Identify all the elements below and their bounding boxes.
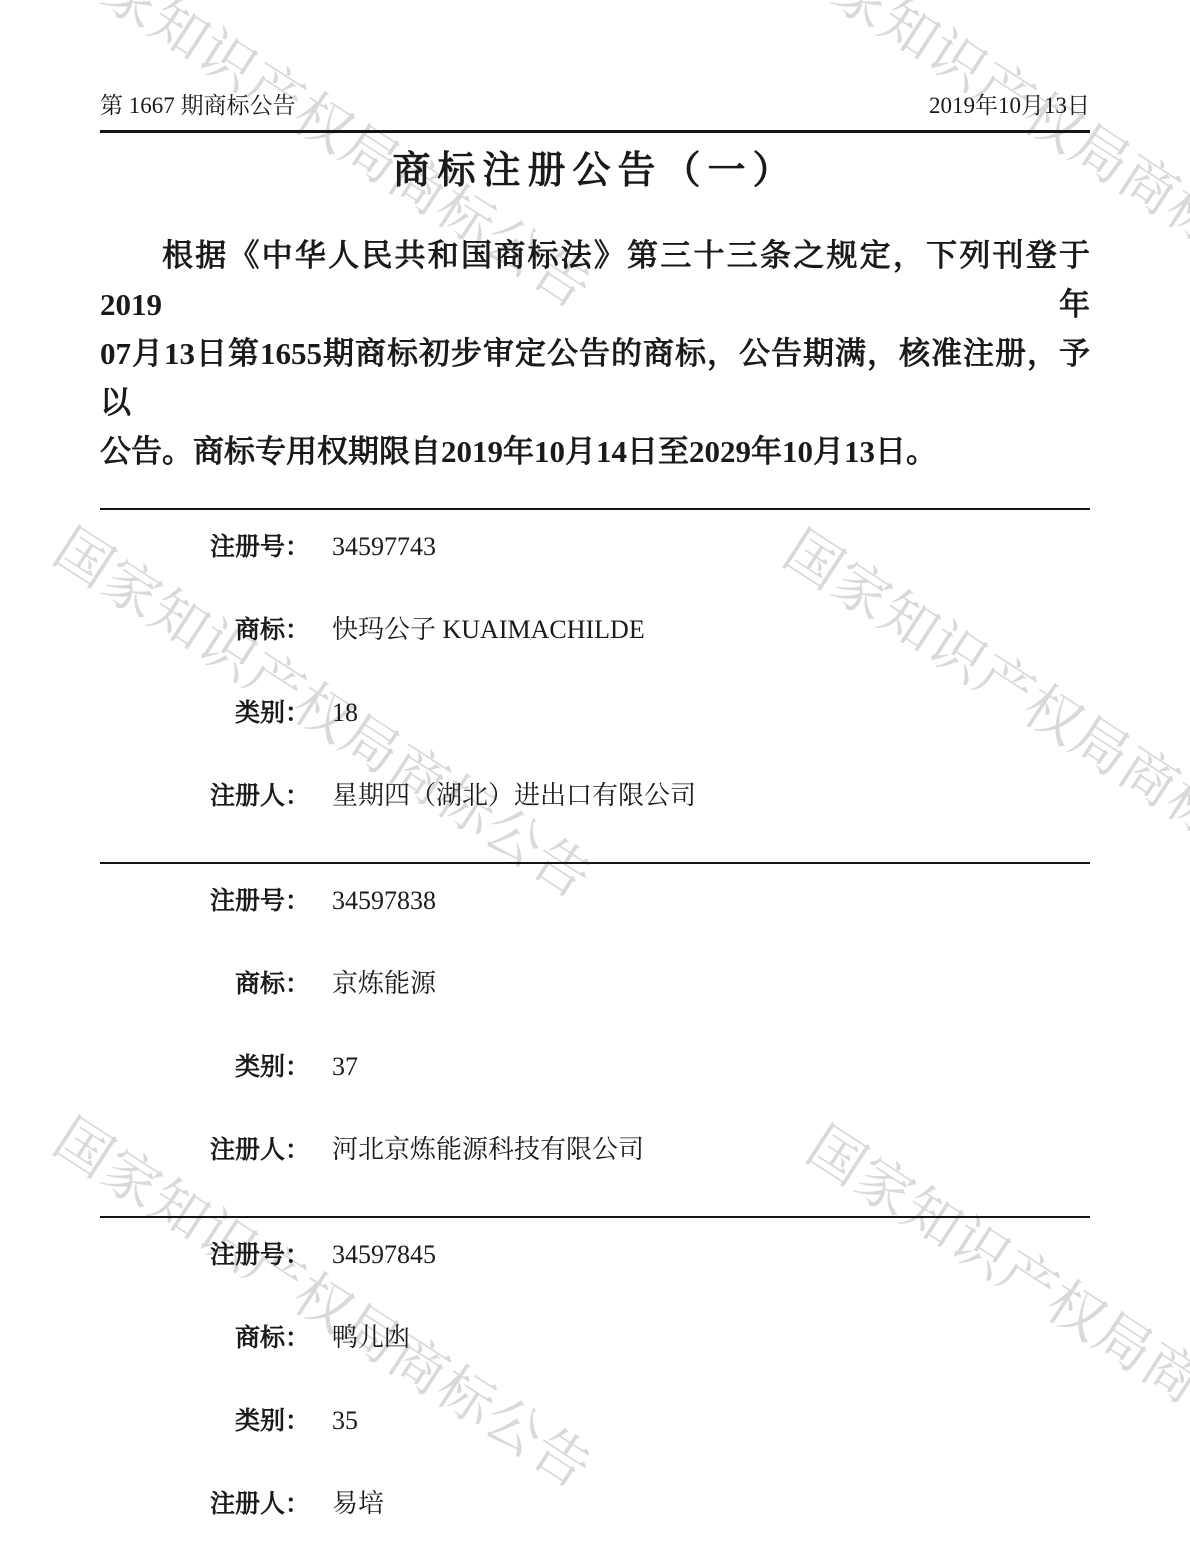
field-value-trademark: 鸭儿凼 (332, 1321, 410, 1355)
field-value-registrant: 河北京炼能源科技有限公司 (332, 1133, 644, 1167)
field-label-registrant: 注册人： (100, 780, 310, 814)
field-label-trademark: 商标： (100, 1322, 310, 1356)
intro-line-1: 根据《中华人民共和国商标法》第三十三条之规定，下列刊登于2019年 (100, 231, 1090, 329)
gazette-date: 2019年10月13日 (929, 90, 1090, 122)
field-value-category: 35 (332, 1404, 358, 1438)
field-row-category: 类别： 35 (100, 1404, 1090, 1439)
field-label-registrant: 注册人： (100, 1488, 310, 1522)
record-1: 注册号： 34597743 商标： 快玛公子 KUAIMACHILDE 类别： … (100, 508, 1090, 814)
field-label-category: 类别： (100, 1051, 310, 1085)
field-value-trademark: 京炼能源 (332, 967, 436, 1001)
field-label-reg-no: 注册号： (100, 885, 310, 919)
header-rule (100, 130, 1090, 133)
field-value-category: 37 (332, 1050, 358, 1084)
field-row-category: 类别： 37 (100, 1050, 1090, 1085)
field-row-reg-no: 注册号： 34597845 (100, 1238, 1090, 1273)
page-header: 第 1667 期商标公告 2019年10月13日 (100, 90, 1090, 122)
intro-paragraph: 根据《中华人民共和国商标法》第三十三条之规定，下列刊登于2019年 07月13日… (100, 231, 1090, 476)
gazette-page: 国家知识产权局商标公告 国家知识产权局商标公告 国家知识产权局商标公告 国家知识… (0, 0, 1190, 1564)
page-content: 第 1667 期商标公告 2019年10月13日 商标注册公告（一） 根据《中华… (0, 0, 1190, 1564)
field-value-reg-no: 34597743 (332, 530, 436, 564)
intro-line-3: 公告。商标专用权期限自2019年10月14日至2029年10月13日。 (100, 427, 1090, 476)
field-label-trademark: 商标： (100, 968, 310, 1002)
intro-line-2: 07月13日第1655期商标初步审定公告的商标，公告期满，核准注册，予以 (100, 329, 1090, 427)
field-label-category: 类别： (100, 697, 310, 731)
field-value-reg-no: 34597838 (332, 884, 436, 918)
record-3: 注册号： 34597845 商标： 鸭儿凼 类别： 35 注册人： 易培 (100, 1216, 1090, 1522)
field-label-reg-no: 注册号： (100, 1239, 310, 1273)
record-2: 注册号： 34597838 商标： 京炼能源 类别： 37 注册人： 河北京炼能… (100, 862, 1090, 1168)
field-row-trademark: 商标： 快玛公子 KUAIMACHILDE (100, 613, 1090, 648)
field-row-registrant: 注册人： 易培 (100, 1487, 1090, 1522)
field-value-category: 18 (332, 696, 358, 730)
field-value-trademark: 快玛公子 KUAIMACHILDE (332, 613, 645, 647)
field-label-reg-no: 注册号： (100, 531, 310, 565)
gazette-issue-label: 第 1667 期商标公告 (100, 90, 296, 122)
field-row-trademark: 商标： 京炼能源 (100, 967, 1090, 1002)
records-list: 注册号： 34597743 商标： 快玛公子 KUAIMACHILDE 类别： … (100, 508, 1090, 1564)
field-row-reg-no: 注册号： 34597838 (100, 884, 1090, 919)
field-row-registrant: 注册人： 星期四（湖北）进出口有限公司 (100, 779, 1090, 814)
field-row-reg-no: 注册号： 34597743 (100, 530, 1090, 565)
field-label-trademark: 商标： (100, 614, 310, 648)
field-label-registrant: 注册人： (100, 1134, 310, 1168)
field-label-category: 类别： (100, 1405, 310, 1439)
field-row-trademark: 商标： 鸭儿凼 (100, 1321, 1090, 1356)
field-row-registrant: 注册人： 河北京炼能源科技有限公司 (100, 1133, 1090, 1168)
field-value-reg-no: 34597845 (332, 1238, 436, 1272)
field-value-registrant: 星期四（湖北）进出口有限公司 (332, 779, 696, 813)
page-title: 商标注册公告（一） (100, 147, 1090, 195)
field-row-category: 类别： 18 (100, 696, 1090, 731)
field-value-registrant: 易培 (332, 1487, 384, 1521)
